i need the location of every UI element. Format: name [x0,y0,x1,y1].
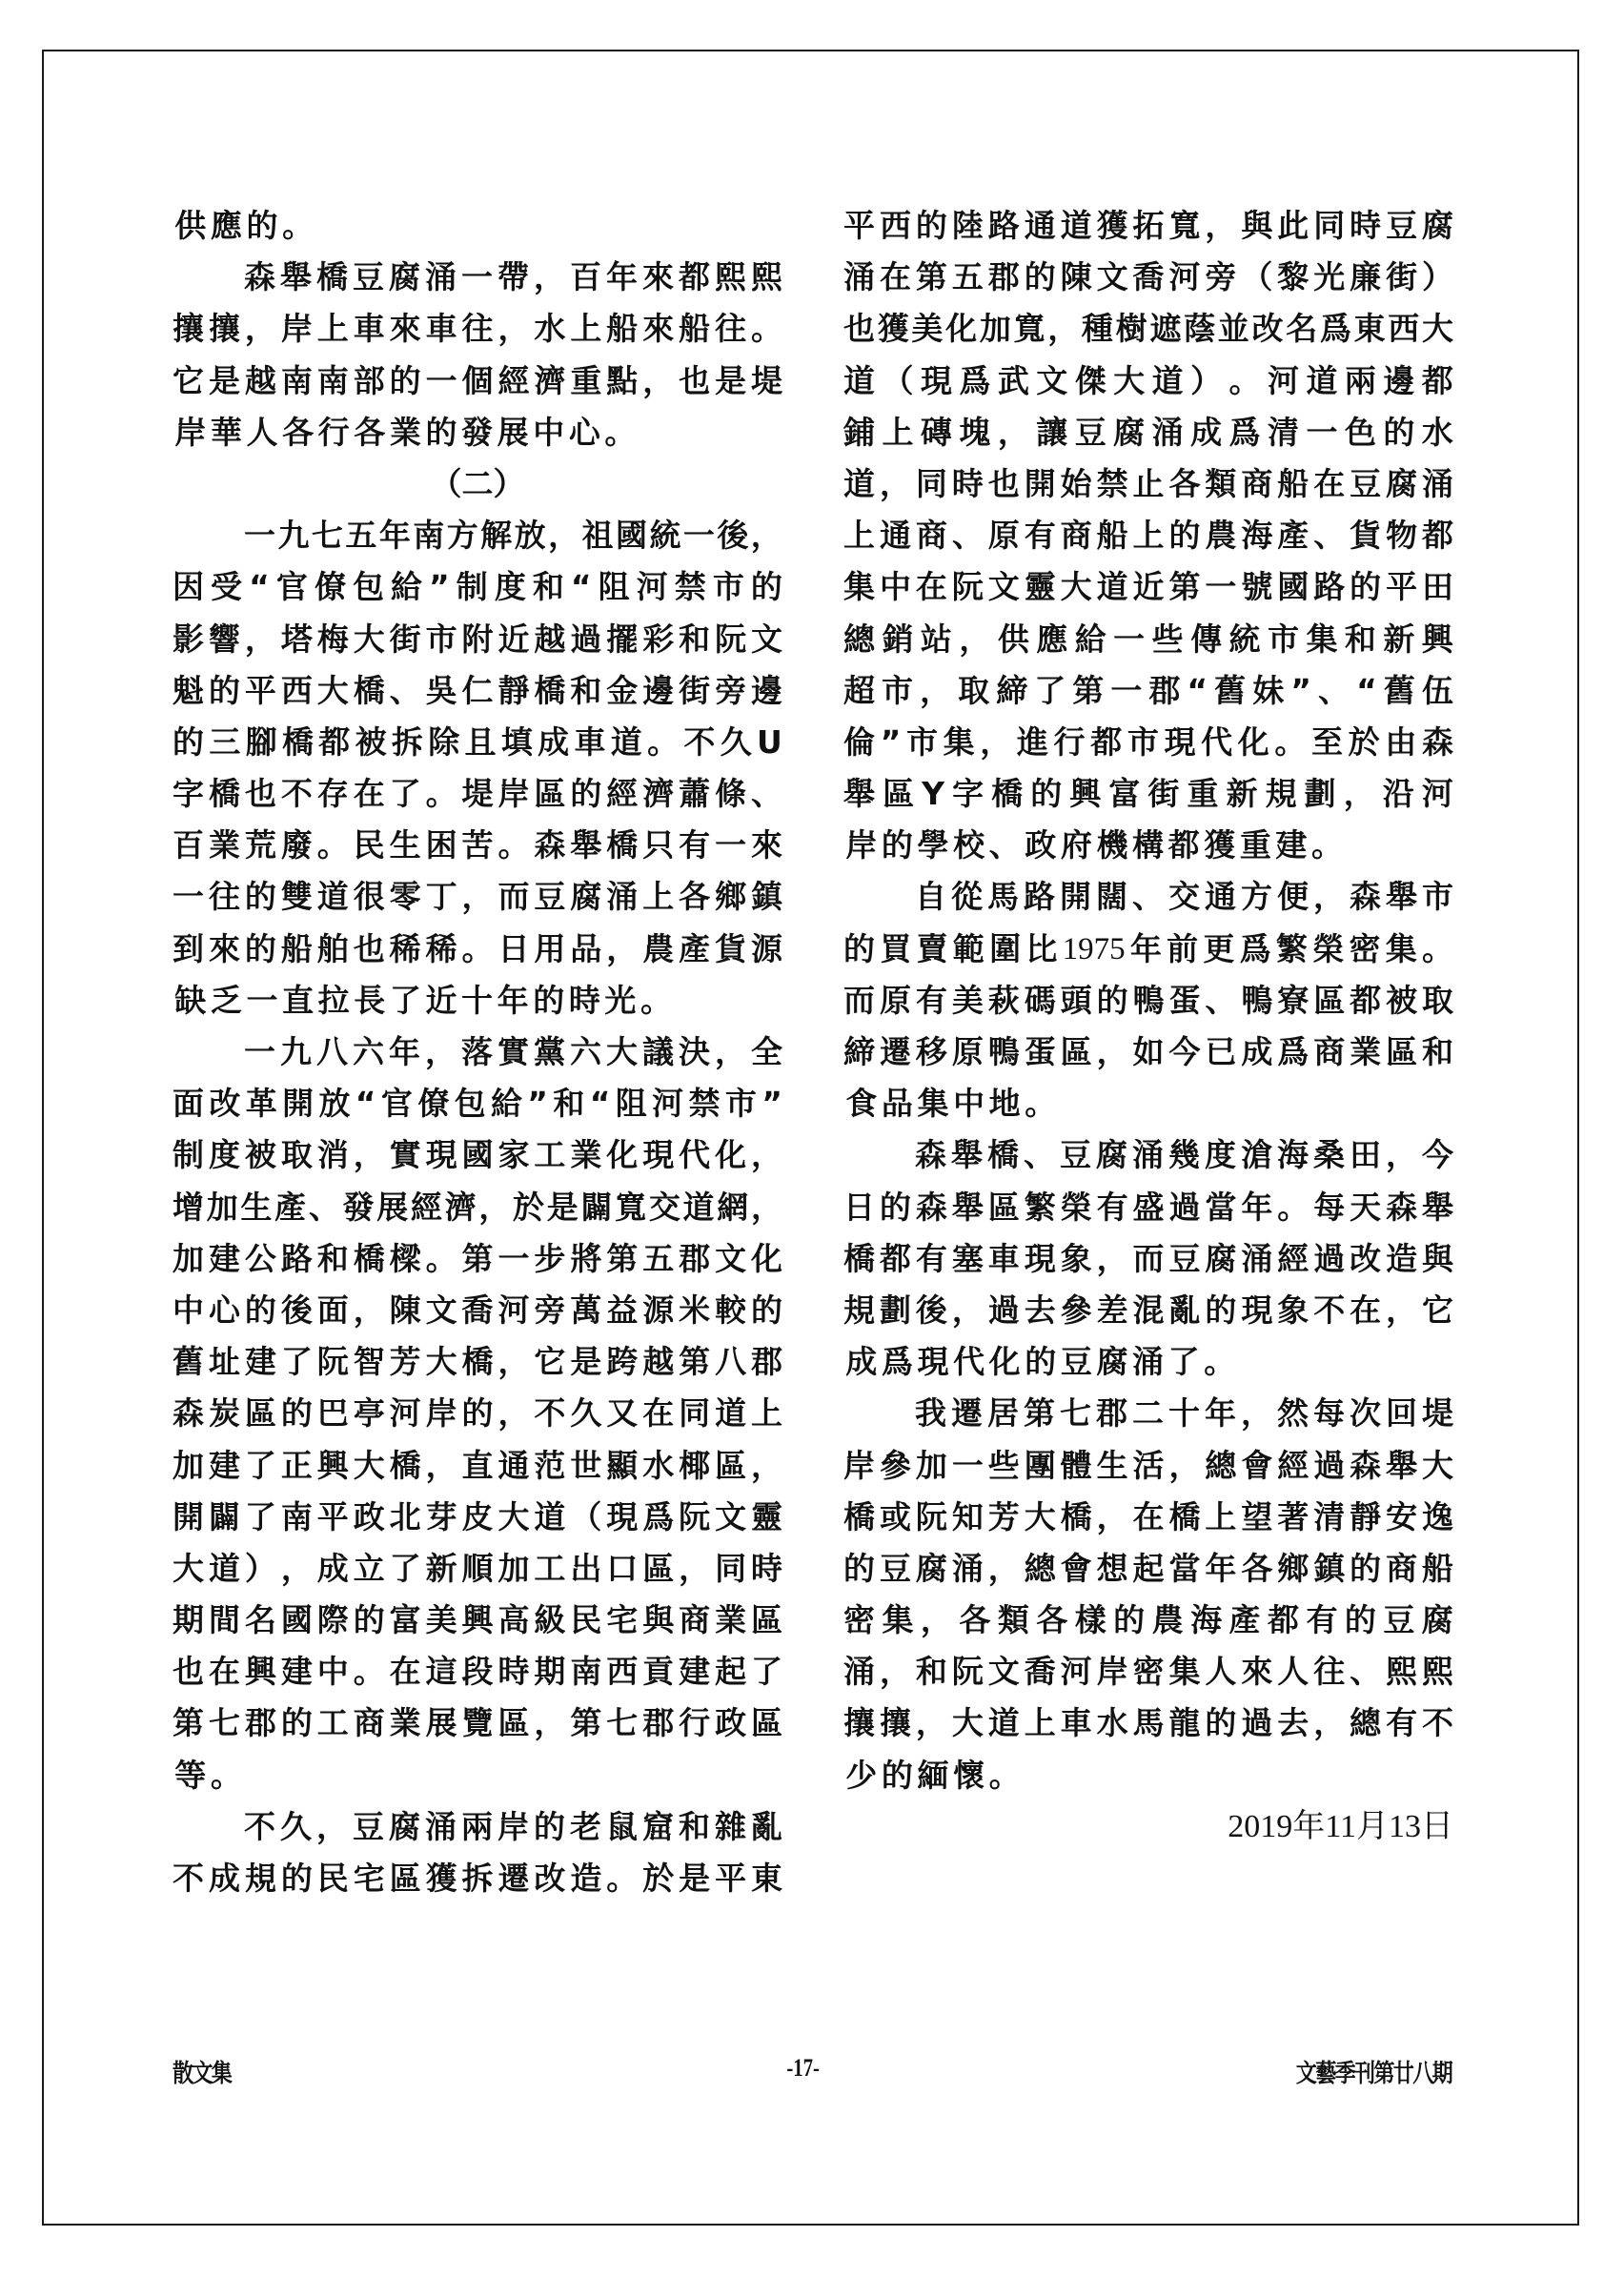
article-column-right: 平西的陸路通道獲拓寬，與此同時豆腐涌在第五郡的陳文喬河旁（黎光廉街）也獲美化加寬… [843,200,1453,1853]
text-line: 涌在第五郡的陳文喬河旁（黎光廉街） [843,252,1453,303]
text-line: 集中在阮文靈大道近第一號國路的平田 [843,561,1453,613]
text-line: 橋都有塞車現象，而豆腐涌經過改造與 [843,1233,1453,1285]
text-line: 它是越南南部的一個經濟重點，也是堤 [173,356,782,407]
text-line: 鋪上磚塊，讓豆腐涌成爲清一色的水 [843,407,1453,458]
text-line: 岸華人各行各業的發展中心。 [173,407,782,458]
text-line: 不成規的民宅區獲拆遷改造。於是平東 [173,1853,782,1904]
text-line: 道，同時也開始禁止各類商船在豆腐涌 [843,458,1453,510]
text-line: 第七郡的工商業展覽區，第七郡行政區 [173,1698,782,1749]
text-line: 日的森舉區繁榮有盛過當年。每天森舉 [843,1182,1453,1233]
text-line: 百業荒廢。民生困苦。森舉橋只有一來 [173,820,782,871]
text-line: 供應的。 [173,200,782,252]
text-line: 因受“官僚包給”制度和“阻河禁市的 [173,561,782,613]
text-line: 的買賣範圍比1975年前更爲繁榮密集。 [843,924,1453,975]
text-line: 森舉橋豆腐涌一帶，百年來都熙熙 [173,252,782,303]
text-line: 岸的學校、政府機構都獲重建。 [843,820,1453,871]
text-line: 倫”市集，進行都市現代化。至於由森 [843,717,1453,768]
text-line: 加建公路和橋樑。第一步將第五郡文化 [173,1233,782,1285]
text-line: 道（現爲武文傑大道）。河道兩邊都 [843,356,1453,407]
text-line: 缺乏一直拉長了近十年的時光。 [173,975,782,1027]
text-line: 的三腳橋都被拆除且填成車道。不久U [173,717,782,768]
text-line: 也在興建中。在這段時期南西貢建起了 [173,1646,782,1698]
text-line: 大道），成立了新順加工出口區，同時 [173,1543,782,1595]
text-line: 成爲現代化的豆腐涌了。 [843,1336,1453,1388]
text-line: 攘攘，大道上車水馬龍的過去，總有不 [843,1698,1453,1749]
text-line: 一九七五年南方解放，祖國統一後， [173,510,782,561]
text-line: 開闢了南平政北芽皮大道（現爲阮文靈 [173,1492,782,1543]
text-line: 少的緬懷。 [843,1750,1453,1801]
page-number: -17- [786,2054,820,2083]
page-footer: 散文集 -17- 文藝季刊第廿八期 [173,2054,1451,2092]
footer-publication-title: 文藝季刊第廿八期 [1296,2054,1451,2089]
text-line: 超市，取締了第一郡“舊妹”、“舊伍 [843,665,1453,717]
text-line: 涌，和阮文喬河岸密集人來人往、熙熙 [843,1646,1453,1698]
text-line: 加建了正興大橋，直通范世顯水椰區， [173,1440,782,1492]
text-line: 橋或阮知芳大橋，在橋上望著清靜安逸 [843,1492,1453,1543]
text-line: 增加生產、發展經濟，於是闢寬交道網， [173,1182,782,1233]
text-line: 總銷站，供應給一些傳統市集和新興 [843,614,1453,665]
text-line: 一往的雙道很零丁，而豆腐涌上各鄉鎮 [173,871,782,923]
text-line: 的豆腐涌，總會想起當年各鄉鎮的商船 [843,1543,1453,1595]
text-line: 平西的陸路通道獲拓寬，與此同時豆腐 [843,200,1453,252]
text-line: 舉區Y字橋的興富街重新規劃，沿河 [843,768,1453,820]
text-line: 等。 [173,1750,782,1801]
text-line: 密集，各類各樣的農海產都有的豆腐 [843,1595,1453,1646]
text-line: 而原有美萩碼頭的鴨蛋、鴨寮區都被取 [843,975,1453,1027]
article-date: 2019年11月13日 [843,1801,1453,1853]
text-line: 攘攘，岸上車來車往，水上船來船往。 [173,303,782,355]
text-line: 影響，塔梅大街市附近越過擺彩和阮文 [173,614,782,665]
footer-section-title: 散文集 [173,2054,231,2089]
article-column-left: 供應的。森舉橋豆腐涌一帶，百年來都熙熙攘攘，岸上車來車往，水上船來船往。它是越南… [173,200,782,1904]
text-line: 到來的船舶也稀稀。日用品，農產貨源 [173,924,782,975]
text-line: 不久，豆腐涌兩岸的老鼠窟和雜亂 [173,1801,782,1853]
text-line: 森舉橋、豆腐涌幾度滄海桑田，今 [843,1129,1453,1181]
text-line: 自從馬路開闊、交通方便，森舉市 [843,871,1453,923]
text-line: 面改革開放“官僚包給”和“阻河禁市” [173,1078,782,1129]
text-line: 期間名國際的富美興高級民宅與商業區 [173,1595,782,1646]
section-heading: （二） [173,458,782,510]
text-line: 締遷移原鴨蛋區，如今已成爲商業區和 [843,1027,1453,1078]
text-line: 上通商、原有商船上的農海產、貨物都 [843,510,1453,561]
text-line: 一九八六年，落實黨六大議決，全 [173,1027,782,1078]
text-line: 魁的平西大橋、吳仁靜橋和金邊街旁邊 [173,665,782,717]
text-line: 岸參加一些團體生活，總會經過森舉大 [843,1440,1453,1492]
text-line: 中心的後面，陳文喬河旁萬益源米較的 [173,1285,782,1336]
text-line: 制度被取消，實現國家工業化現代化， [173,1129,782,1181]
text-line: 食品集中地。 [843,1078,1453,1129]
text-line: 森炭區的巴亭河岸的，不久又在同道上 [173,1388,782,1439]
text-line: 字橋也不存在了。堤岸區的經濟蕭條、 [173,768,782,820]
text-line: 也獲美化加寬，種樹遮蔭並改名爲東西大 [843,303,1453,355]
text-line: 舊址建了阮智芳大橋，它是跨越第八郡 [173,1336,782,1388]
text-line: 規劃後，過去參差混亂的現象不在，它 [843,1285,1453,1336]
text-line: 我遷居第七郡二十年，然每次回堤 [843,1388,1453,1439]
